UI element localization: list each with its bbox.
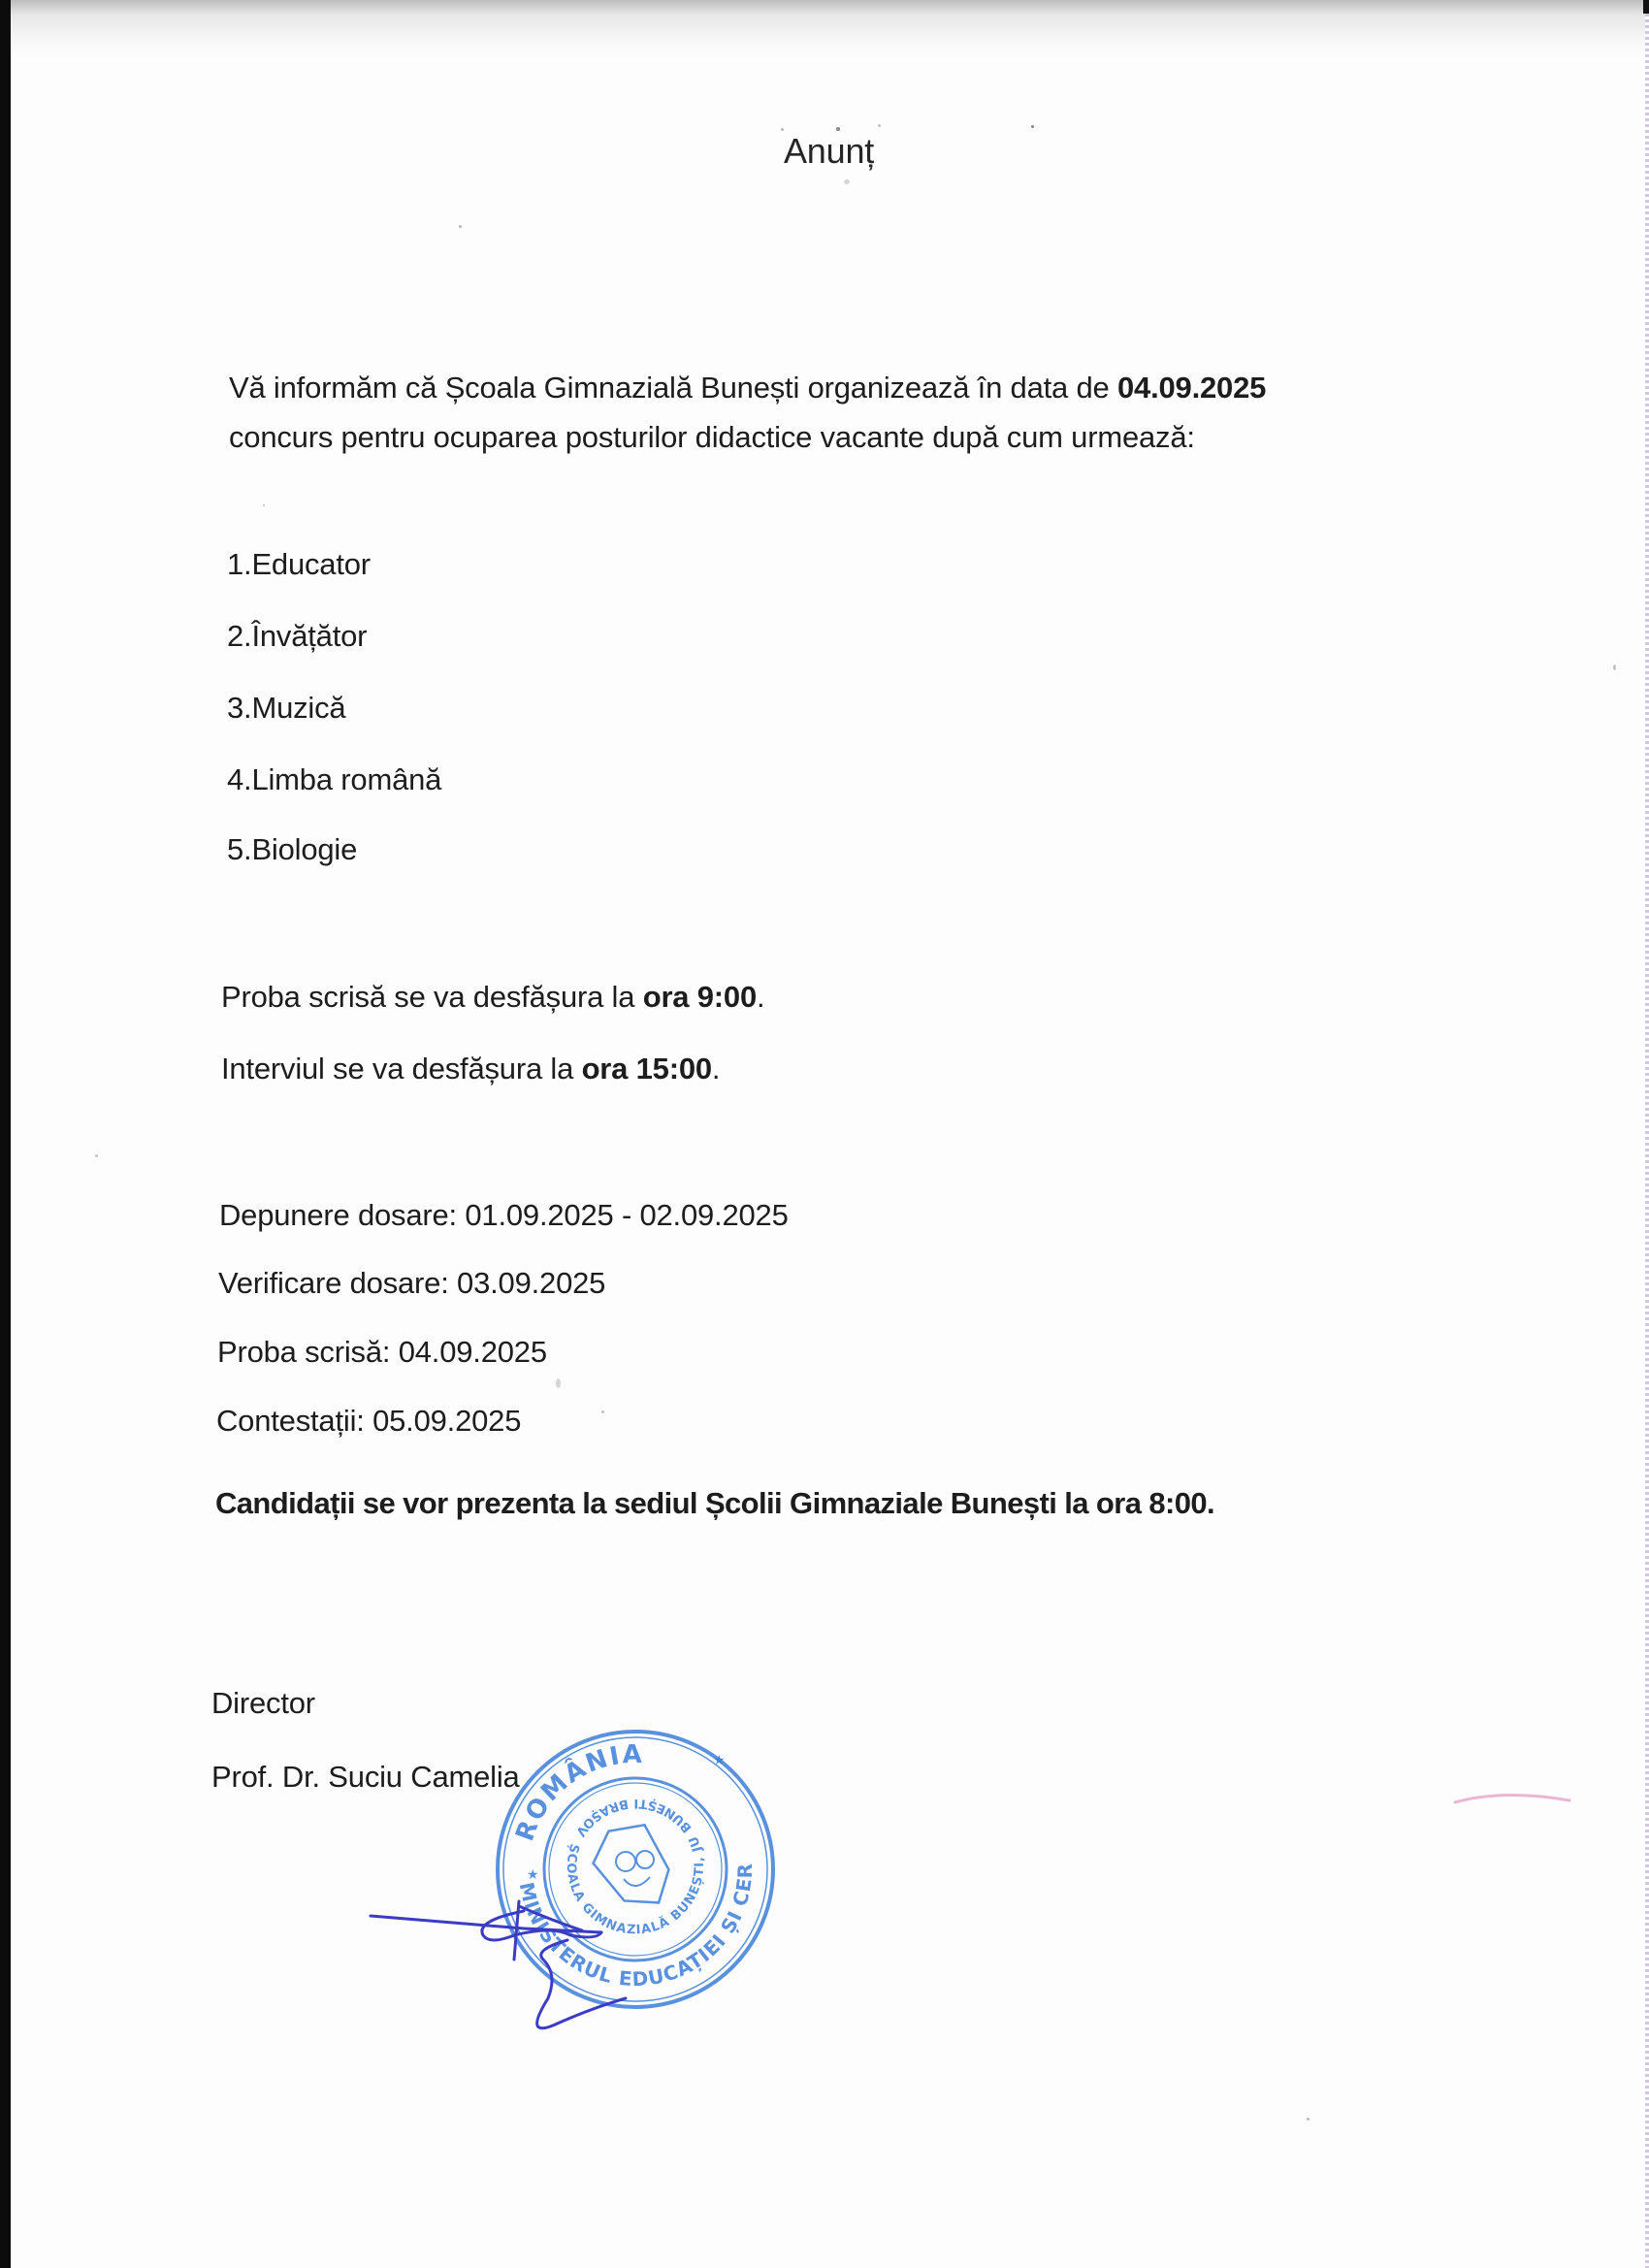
written-exam-time: Proba scrisă se va desfășura la ora 9:00… bbox=[221, 982, 764, 1012]
intro-text: Vă informăm că Școala Gimnazială Bunești… bbox=[229, 371, 1117, 405]
scan-right-edge bbox=[1645, 14, 1649, 2268]
dust-speck bbox=[878, 124, 881, 127]
dust-speck bbox=[601, 1410, 604, 1413]
schedule-item: Verificare dosare: 03.09.2025 bbox=[218, 1268, 605, 1298]
schedule-item: Depunere dosare: 01.09.2025 - 02.09.2025 bbox=[219, 1200, 789, 1230]
contest-date: 04.09.2025 bbox=[1117, 371, 1266, 405]
exam-suffix: . bbox=[712, 1052, 720, 1085]
schedule-item: Contestații: 05.09.2025 bbox=[216, 1406, 521, 1436]
position-item: 5.Biologie bbox=[227, 834, 357, 864]
signature-icon bbox=[359, 1882, 669, 2047]
position-item: 4.Limba română bbox=[227, 764, 441, 794]
dust-speck bbox=[459, 225, 462, 228]
scan-left-edge bbox=[0, 0, 11, 2268]
dust-speck bbox=[1031, 125, 1034, 128]
dust-speck bbox=[95, 1154, 98, 1157]
position-item: 2.Învățător bbox=[227, 621, 367, 651]
intro-line-2: concurs pentru ocuparea posturilor didac… bbox=[229, 422, 1195, 452]
scanned-document-page: Anunț Vă informăm că Școala Gimnazială B… bbox=[0, 0, 1649, 2268]
dust-speck bbox=[1307, 2118, 1309, 2121]
signatory-role: Director bbox=[211, 1688, 315, 1718]
position-item: 3.Muzică bbox=[227, 693, 345, 723]
signatory-name: Prof. Dr. Suciu Camelia bbox=[211, 1762, 520, 1792]
svg-text:BUNEȘTI BRAȘOV: BUNEȘTI BRAȘOV bbox=[572, 1796, 695, 1839]
svg-text:★: ★ bbox=[713, 1753, 726, 1768]
exam-suffix: . bbox=[757, 980, 764, 1014]
dust-speck bbox=[556, 1378, 561, 1388]
svg-text:★: ★ bbox=[527, 1867, 539, 1883]
scan-top-shade bbox=[11, 0, 1649, 58]
candidate-notice: Candidații se vor prezenta la sediul Șco… bbox=[215, 1488, 1214, 1518]
document-title: Anunț bbox=[784, 134, 874, 169]
dust-speck bbox=[1613, 664, 1616, 670]
exam-time: ora 15:00 bbox=[582, 1052, 712, 1085]
position-item: 1.Educator bbox=[227, 549, 371, 579]
schedule-item: Proba scrisă: 04.09.2025 bbox=[217, 1337, 547, 1367]
exam-time: ora 9:00 bbox=[643, 980, 757, 1014]
intro-line-1: Vă informăm că Școala Gimnazială Bunești… bbox=[229, 373, 1266, 403]
exam-text: Interviul se va desfășura la bbox=[221, 1052, 582, 1085]
dust-speck bbox=[844, 179, 850, 184]
scan-right-corner bbox=[1643, 0, 1649, 14]
exam-text: Proba scrisă se va desfășura la bbox=[221, 980, 643, 1014]
pen-mark-icon bbox=[1445, 1785, 1581, 1814]
dust-speck bbox=[263, 504, 265, 506]
interview-time: Interviul se va desfășura la ora 15:00. bbox=[221, 1053, 720, 1084]
